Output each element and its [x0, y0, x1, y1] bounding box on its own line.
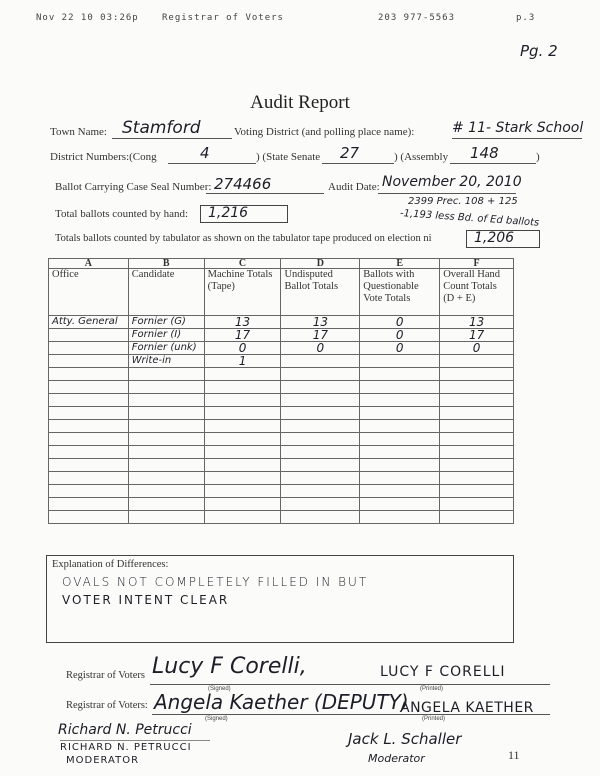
header-questionable: Ballots with Questionable Vote Totals	[360, 269, 440, 316]
fax-datetime: Nov 22 10 03:26p	[36, 13, 139, 23]
moderator2-role: Moderator	[368, 752, 425, 765]
table-cell: 13	[204, 316, 281, 329]
table-row	[49, 446, 514, 459]
senate-label: ) (State Senate	[256, 151, 320, 163]
registrar1-signature: Lucy F Corelli,	[152, 654, 307, 679]
table-cell	[49, 394, 129, 407]
tabulator-value: 1,206	[474, 230, 514, 246]
table-cell	[49, 433, 129, 446]
table-cell: 17	[440, 329, 514, 342]
table-cell	[440, 355, 514, 368]
header-undisputed: Undisputed Ballot Totals	[281, 269, 360, 316]
table-cell	[128, 368, 204, 381]
table-row	[49, 498, 514, 511]
table-cell	[440, 368, 514, 381]
table-cell	[128, 459, 204, 472]
assembly-close: )	[536, 151, 540, 163]
header-office: Office	[49, 269, 129, 316]
header-machine-totals: Machine Totals (Tape)	[204, 269, 281, 316]
table-cell	[281, 433, 360, 446]
table-row	[49, 394, 514, 407]
table-cell	[49, 485, 129, 498]
table-cell	[49, 329, 129, 342]
table-cell	[360, 394, 440, 407]
hand-count-label: Total ballots counted by hand:	[55, 208, 188, 220]
table-cell	[49, 420, 129, 433]
seal-label: Ballot Carrying Case Seal Number:	[55, 181, 211, 193]
table-cell	[281, 394, 360, 407]
moderator1-role: MODERATOR	[66, 755, 139, 766]
signed-caption: (Signed)	[205, 716, 228, 722]
page-number: 11	[508, 748, 520, 763]
table-cell	[49, 355, 129, 368]
table-cell	[360, 472, 440, 485]
table-cell	[49, 446, 129, 459]
table-cell	[440, 498, 514, 511]
table-cell	[49, 368, 129, 381]
table-cell	[204, 433, 281, 446]
table-row: Fornier (I)1717017	[49, 329, 514, 342]
col-letter: C	[204, 259, 281, 269]
assembly-value: 148	[470, 144, 499, 162]
district-label: Voting District (and polling place name)…	[234, 126, 414, 138]
table-cell	[128, 498, 204, 511]
col-letter: B	[128, 259, 204, 269]
table-cell	[128, 433, 204, 446]
table-cell	[360, 368, 440, 381]
registrar1-printed: LUCY F CORELLI	[380, 664, 505, 680]
table-cell: Atty. General	[49, 316, 129, 329]
table-cell: Fornier (I)	[128, 329, 204, 342]
table-cell	[360, 407, 440, 420]
table-row	[49, 407, 514, 420]
table-cell: 17	[281, 329, 360, 342]
hand-count-value: 1,216	[208, 205, 248, 221]
moderator1-signature: Richard N. Petrucci	[58, 722, 192, 738]
table-cell	[128, 420, 204, 433]
fax-sender: Registrar of Voters	[162, 13, 284, 23]
col-letter: A	[49, 259, 129, 269]
moderator2-signature: Jack L. Schaller	[348, 730, 461, 748]
table-cell	[281, 355, 360, 368]
table-cell	[440, 420, 514, 433]
table-cell: 0	[281, 342, 360, 355]
table-cell	[49, 342, 129, 355]
table-row	[49, 381, 514, 394]
moderator1-printed: RICHARD N. PETRUCCI	[60, 742, 192, 753]
district-value: # 11- Stark School	[452, 120, 583, 136]
column-letters-row: A B C D E F	[49, 259, 514, 269]
table-cell: 0	[440, 342, 514, 355]
table-cell	[49, 498, 129, 511]
table-cell	[204, 420, 281, 433]
printed-caption: (Printed)	[422, 716, 445, 722]
table-cell	[360, 511, 440, 524]
fax-phone: 203 977-5563	[378, 13, 455, 23]
margin-note-1: 2399 Prec. 108 + 125	[408, 196, 518, 207]
table-row	[49, 511, 514, 524]
table-cell: Fornier (unk)	[128, 342, 204, 355]
explanation-line-1: OVALS NOT COMPLETELY FILLED IN BUT	[62, 575, 368, 589]
table-cell	[440, 433, 514, 446]
senate-value: 27	[340, 144, 359, 162]
audit-date-value: November 20, 2010	[382, 174, 522, 190]
table-cell: 13	[281, 316, 360, 329]
district-numbers-label: District Numbers:(Cong	[50, 151, 157, 163]
table-cell	[281, 407, 360, 420]
table-cell	[440, 407, 514, 420]
table-row: Fornier (unk)0000	[49, 342, 514, 355]
table-cell	[204, 381, 281, 394]
table-cell	[440, 381, 514, 394]
table-cell	[128, 407, 204, 420]
table-cell	[204, 498, 281, 511]
table-cell	[440, 472, 514, 485]
table-row	[49, 485, 514, 498]
table-cell	[360, 459, 440, 472]
table-cell	[281, 511, 360, 524]
table-row	[49, 459, 514, 472]
explanation-line-2: VOTER INTENT CLEAR	[62, 593, 229, 607]
table-cell	[49, 381, 129, 394]
table-cell: 0	[360, 342, 440, 355]
col-letter: F	[440, 259, 514, 269]
table-row	[49, 433, 514, 446]
table-row: Write-in1	[49, 355, 514, 368]
table-row: Atty. GeneralFornier (G)1313013	[49, 316, 514, 329]
table-cell: 0	[360, 329, 440, 342]
explanation-label: Explanation of Differences:	[52, 559, 168, 570]
cong-value: 4	[200, 144, 210, 162]
table-cell	[128, 394, 204, 407]
col-letter: E	[360, 259, 440, 269]
registrar2-signature: Angela Kaether (DEPUTY)	[154, 690, 409, 714]
table-cell: 0	[204, 342, 281, 355]
table-cell	[360, 446, 440, 459]
table-cell	[128, 446, 204, 459]
registrar2-label: Registrar of Voters:	[66, 700, 148, 711]
table-cell	[204, 407, 281, 420]
table-cell	[281, 368, 360, 381]
table-cell	[360, 433, 440, 446]
table-cell	[204, 485, 281, 498]
table-cell	[281, 446, 360, 459]
table-cell	[360, 420, 440, 433]
table-cell	[204, 368, 281, 381]
margin-note-2: -1,193 less Bd. of Ed ballots	[400, 208, 540, 229]
table-cell	[360, 498, 440, 511]
registrar1-label: Registrar of Voters	[66, 670, 145, 681]
table-cell	[49, 459, 129, 472]
page-note: Pg. 2	[520, 42, 558, 60]
page-title: Audit Report	[0, 92, 600, 114]
seal-value: 274466	[214, 175, 271, 193]
table-cell	[281, 498, 360, 511]
table-cell	[128, 511, 204, 524]
table-cell: 17	[204, 329, 281, 342]
table-cell	[440, 511, 514, 524]
table-cell	[204, 394, 281, 407]
table-cell	[440, 446, 514, 459]
registrar2-printed: ANGELA KAETHER	[400, 700, 534, 716]
town-label: Town Name:	[50, 126, 107, 138]
table-cell	[281, 472, 360, 485]
table-cell	[49, 407, 129, 420]
header-overall: Overall Hand Count Totals (D + E)	[440, 269, 514, 316]
assembly-label: ) (Assembly	[394, 151, 448, 163]
table-cell: Write-in	[128, 355, 204, 368]
table-cell: 0	[360, 316, 440, 329]
audit-date-label: Audit Date:	[328, 181, 380, 193]
column-header-row: Office Candidate Machine Totals (Tape) U…	[49, 269, 514, 316]
table-cell	[360, 485, 440, 498]
table-cell	[440, 485, 514, 498]
table-row	[49, 472, 514, 485]
table-cell	[204, 459, 281, 472]
table-cell	[49, 472, 129, 485]
table-cell	[128, 381, 204, 394]
table-cell	[281, 381, 360, 394]
table-row	[49, 368, 514, 381]
table-cell	[49, 511, 129, 524]
table-cell	[204, 511, 281, 524]
col-letter: D	[281, 259, 360, 269]
header-candidate: Candidate	[128, 269, 204, 316]
printed-caption: (Printed)	[420, 686, 443, 692]
table-cell	[128, 472, 204, 485]
table-cell	[204, 472, 281, 485]
fax-page: p.3	[516, 13, 535, 23]
table-cell: 13	[440, 316, 514, 329]
town-value: Stamford	[122, 118, 201, 138]
table-cell	[440, 394, 514, 407]
table-cell	[281, 459, 360, 472]
table-cell	[128, 485, 204, 498]
table-cell	[440, 459, 514, 472]
table-cell	[281, 485, 360, 498]
table-cell: 1	[204, 355, 281, 368]
table-row	[49, 420, 514, 433]
audit-table: A B C D E F Office Candidate Machine Tot…	[48, 258, 514, 524]
table-cell: Fornier (G)	[128, 316, 204, 329]
table-cell	[360, 381, 440, 394]
tabulator-label: Totals ballots counted by tabulator as s…	[55, 233, 432, 244]
table-cell	[204, 446, 281, 459]
table-cell	[360, 355, 440, 368]
table-cell	[281, 420, 360, 433]
